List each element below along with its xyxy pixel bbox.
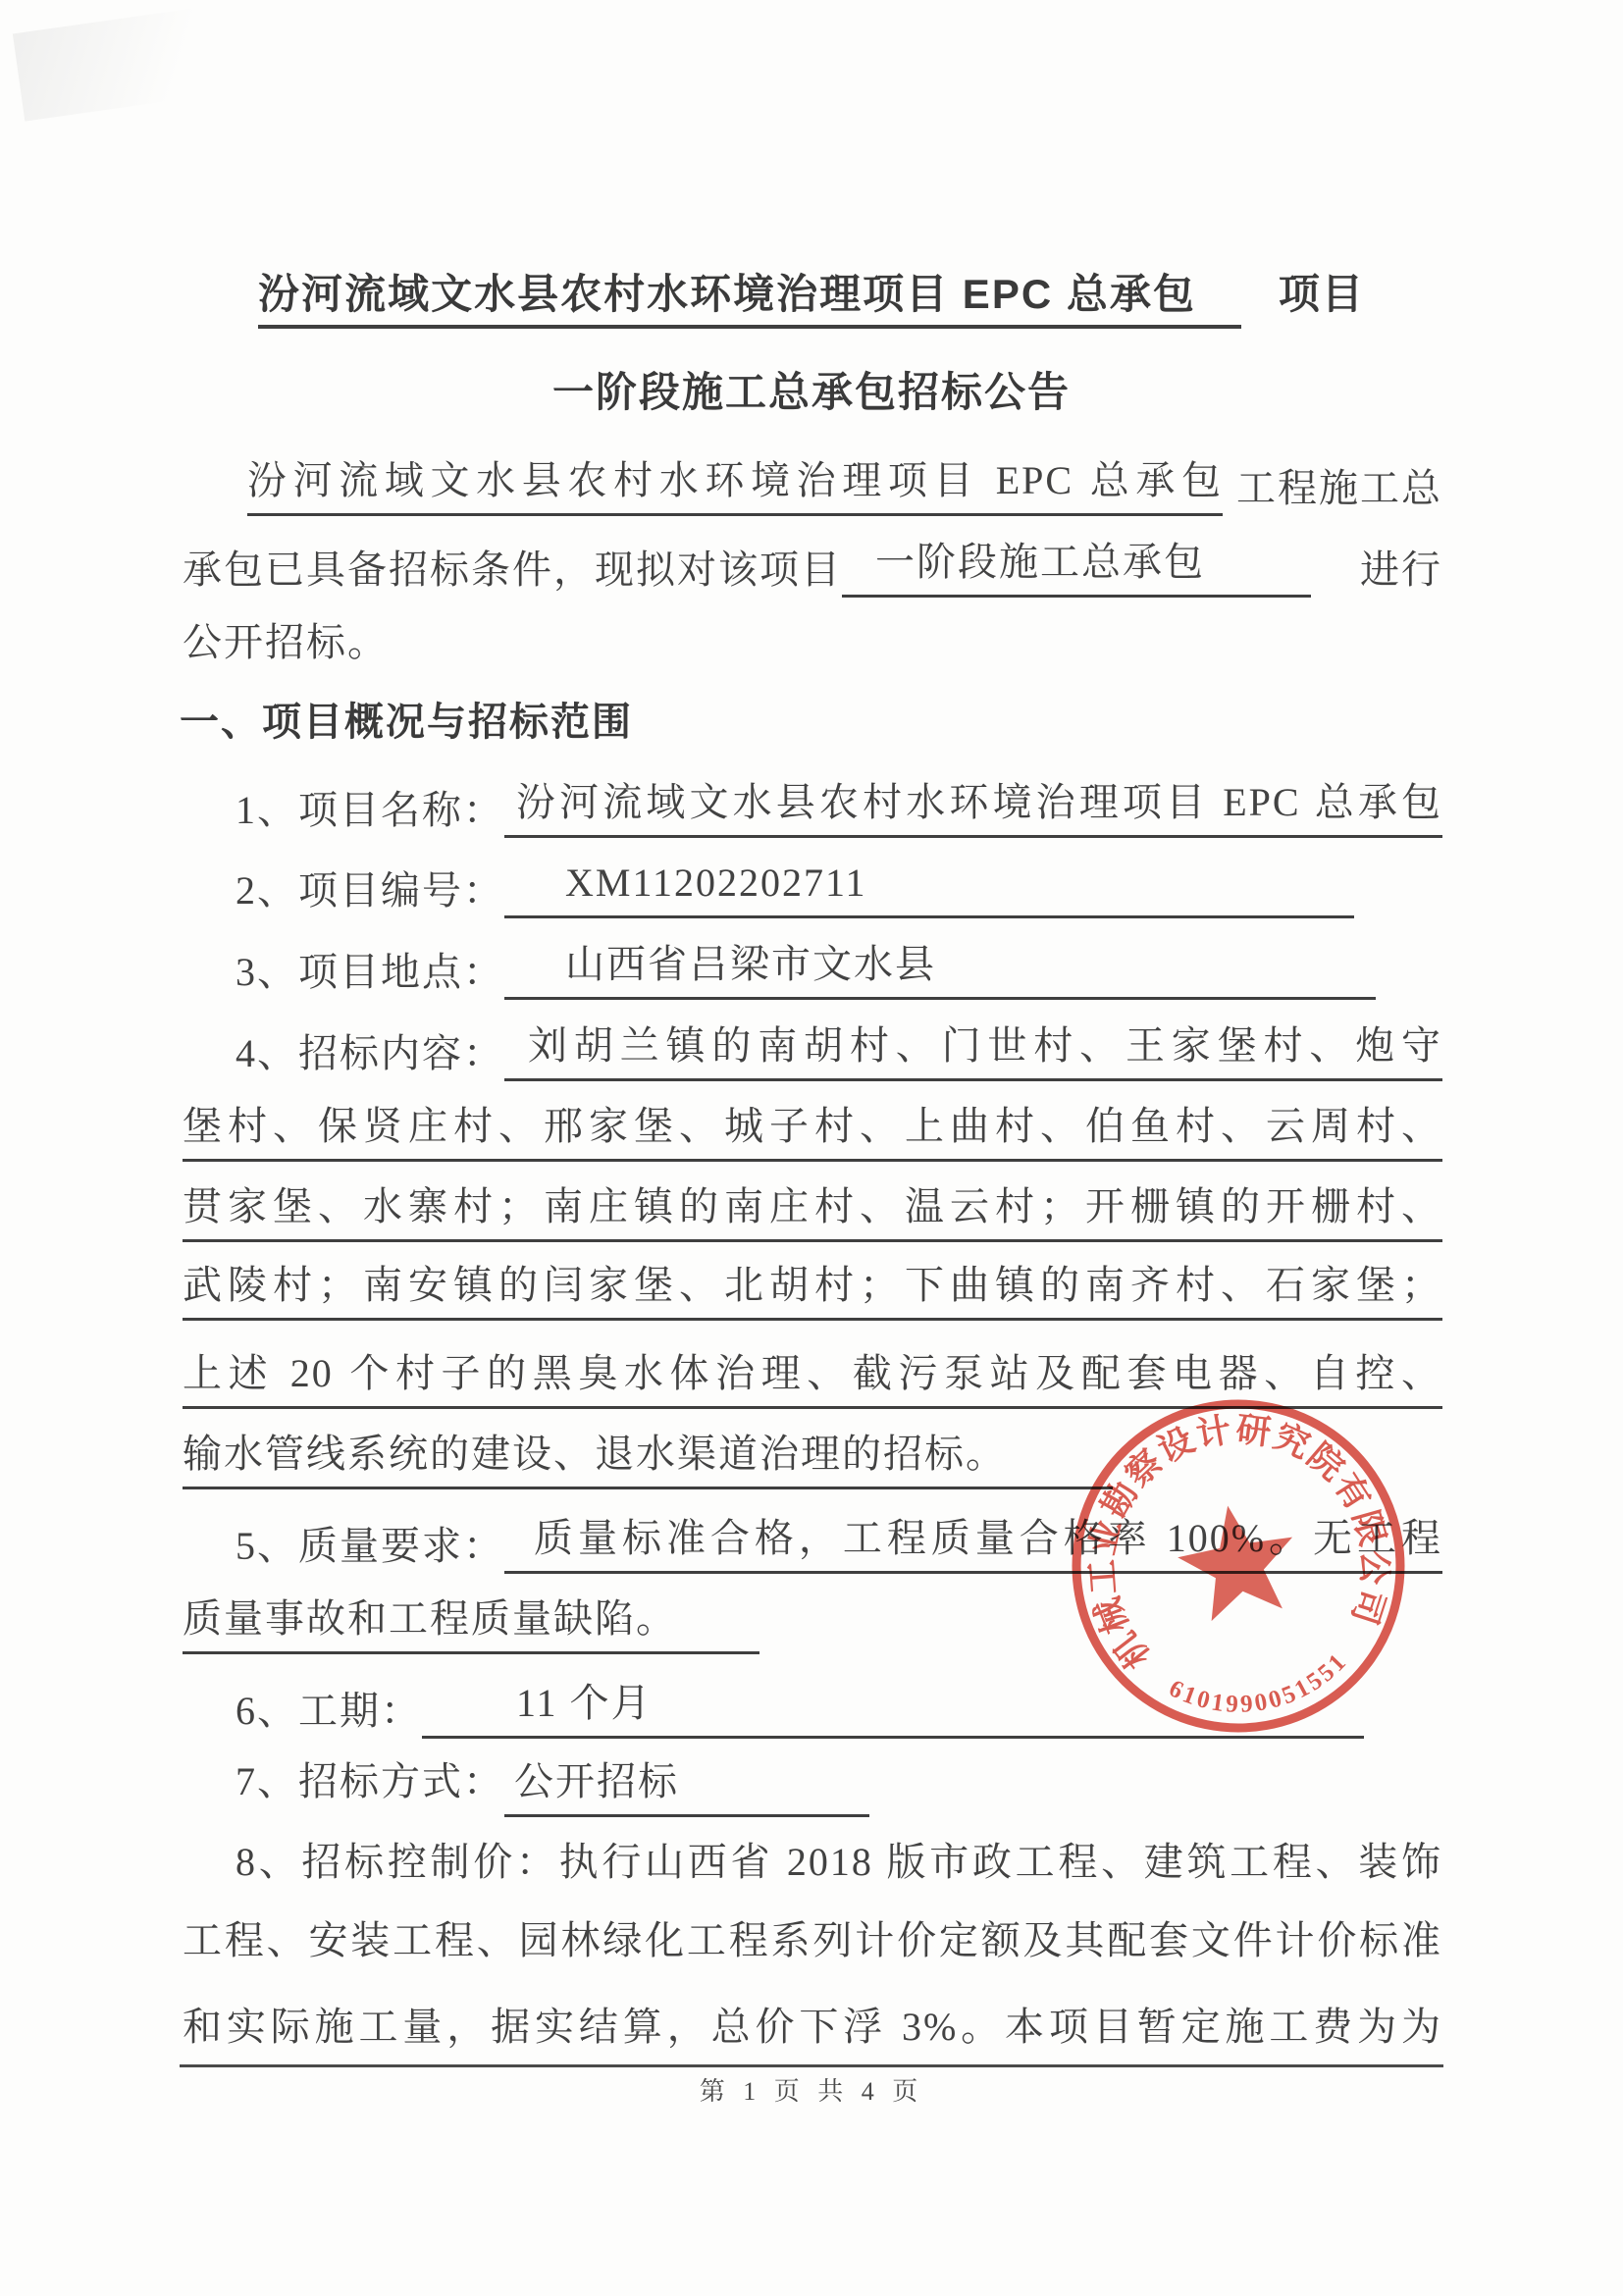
title-tail: 项目 [1279, 271, 1365, 317]
intro-line2-post: 进行 [1360, 543, 1442, 598]
page-number: 第 1 页 共 4 页 [0, 2072, 1623, 2112]
item7-label: 7、招标方式： [236, 1759, 504, 1803]
star-icon [1171, 1495, 1304, 1625]
item8-control-price-line2: 工程、安装工程、园林绿化工程系列计价定额及其配套文件计价标准 [183, 1913, 1442, 1968]
tender-announcement-page: 汾河流域文水县农村水环境治理项目 EPC 总承包项目 一阶段施工总承包招标公告 … [0, 0, 1623, 2296]
intro-line3: 公开招标。 [183, 615, 389, 670]
document-title-line2: 一阶段施工总承包招标公告 [0, 365, 1623, 420]
section1-heading: 一、项目概况与招标范围 [180, 695, 633, 750]
item1-value: 汾河流域文水县农村水环境治理项目 EPC 总承包 [504, 775, 1442, 838]
intro-project-name: 汾河流域文水县农村水环境治理项目 EPC 总承包 [247, 453, 1223, 516]
intro-line1: 汾河流域文水县农村水环境治理项目 EPC 总承包 工程施工总 [247, 453, 1442, 516]
item8-control-price-line1: 8、招标控制价：执行山西省 2018 版市政工程、建筑工程、装饰 [236, 1835, 1442, 1890]
item7-tender-method: 7、招标方式：公开招标 [236, 1754, 869, 1817]
item7-value: 公开招标 [504, 1754, 869, 1817]
document-title-line1: 汾河流域文水县农村水环境治理项目 EPC 总承包项目 [0, 267, 1623, 322]
item1-project-name: 1、项目名称： 汾河流域文水县农村水环境治理项目 EPC 总承包 [236, 775, 1442, 838]
item4-tender-content-line4: 武陵村；南安镇的闫家堡、北胡村；下曲镇的南齐村、石家堡； [183, 1258, 1442, 1321]
item1-label: 1、项目名称： [236, 783, 504, 838]
item4-tender-content-line1: 4、招标内容： 刘胡兰镇的南胡村、门世村、王家堡村、炮守 [236, 1018, 1442, 1081]
item4-tender-content-line3: 贯家堡、水寨村；南庄镇的南庄村、温云村；开栅镇的开栅村、 [183, 1179, 1442, 1242]
item4-label: 4、招标内容： [236, 1026, 504, 1081]
company-seal: 机械工业勘察设计研究院有限公司 6101990051551 [1040, 1368, 1436, 1763]
item5-label: 5、质量要求： [236, 1519, 504, 1574]
item5-quality-requirement-line2: 质量事故和工程质量缺陷。 [183, 1592, 759, 1654]
item2-value: XM11202202711 [504, 856, 1354, 918]
item6-label: 6、工期： [236, 1684, 422, 1739]
item8-control-price-line3: 和实际施工量，据实结算，总价下浮 3%。本项目暂定施工费为为 [183, 2000, 1442, 2055]
title-underlined-part: 汾河流域文水县农村水环境治理项目 EPC 总承包 [258, 271, 1241, 329]
item3-value: 山西省吕梁市文水县 [504, 937, 1376, 1000]
item2-label: 2、项目编号： [236, 863, 504, 918]
item4-value-line1: 刘胡兰镇的南胡村、门世村、王家堡村、炮守 [504, 1018, 1442, 1081]
intro-blank-field: 一阶段施工总承包 [842, 535, 1311, 598]
item4-tender-content-line2: 堡村、保贤庄村、邢家堡、城子村、上曲村、伯鱼村、云周村、 [183, 1099, 1442, 1162]
item4-tender-content-line6: 输水管线系统的建设、退水渠道治理的招标。 [183, 1427, 1113, 1489]
item3-project-location: 3、项目地点： 山西省吕梁市文水县 [236, 937, 1442, 1000]
item2-project-number: 2、项目编号： XM11202202711 [236, 856, 1442, 918]
item4-value-line6: 输水管线系统的建设、退水渠道治理的招标。 [183, 1427, 1113, 1489]
intro-line1-rest: 工程施工总 [1236, 461, 1442, 516]
scan-smudge [13, 2, 248, 121]
item3-label: 3、项目地点： [236, 945, 504, 1000]
intro-line2: 承包已具备招标条件，现拟对该项目 一阶段施工总承包 进行 [183, 535, 1442, 598]
footer-divider [180, 2064, 1443, 2067]
item5-value-line2: 质量事故和工程质量缺陷。 [183, 1592, 759, 1654]
intro-line2-pre: 承包已具备招标条件，现拟对该项目 [183, 543, 842, 598]
